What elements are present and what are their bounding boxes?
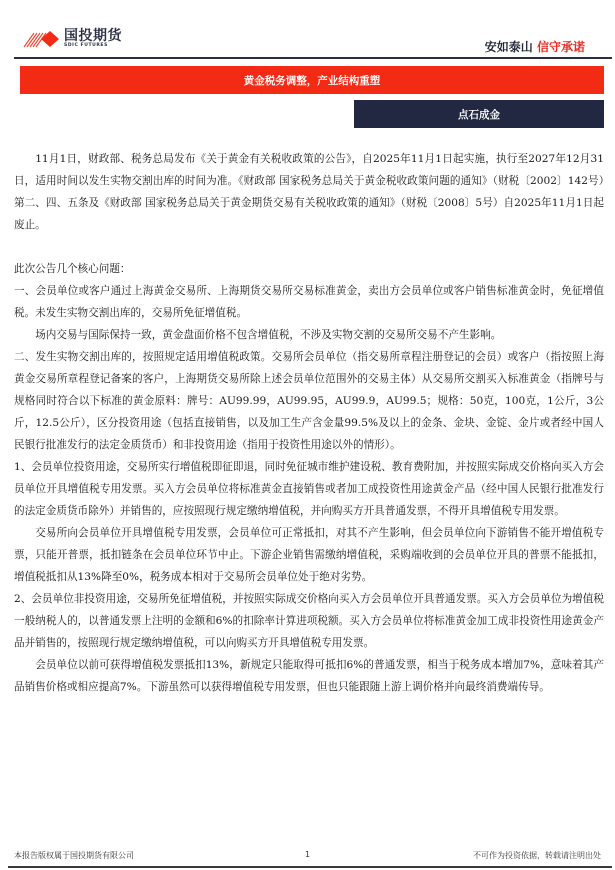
paragraph-point-one: 一、会员单位或客户通过上海黄金交易所、上海期货交易所交易标准黄金，卖出方会员单位… bbox=[14, 280, 604, 324]
paragraph-intro: 11月1日，财政部、税务总局发布《关于黄金有关税收政策的公告》，自2025年11… bbox=[14, 148, 604, 236]
footer-divider bbox=[8, 866, 612, 868]
logo: 国投期货 SDIC FUTURES bbox=[22, 29, 122, 49]
report-title: 黄金税务调整，产业结构重塑 bbox=[244, 73, 381, 88]
footer-disclaimer: 不可作为投资依据，转载请注明出处 bbox=[473, 850, 601, 861]
spacer bbox=[14, 236, 604, 258]
section-label: 点石成金 bbox=[458, 107, 500, 122]
report-title-banner: 黄金税务调整，产业结构重塑 bbox=[20, 66, 604, 94]
logo-name-en: SDIC FUTURES bbox=[64, 44, 122, 49]
logo-name-cn: 国投期货 bbox=[64, 29, 122, 43]
paragraph-non-investment-use: 2、会员单位非投资用途，交易所免征增值税，并按照实际成交价格向买入方会员单位开具… bbox=[14, 588, 604, 654]
section-label-box: 点石成金 bbox=[354, 100, 604, 128]
tagline-dark: 安如泰山 bbox=[485, 40, 533, 54]
paragraph-point-two: 二、发生实物交割出库的，按照规定适用增值税政策。交易所会员单位（指交易所章程注册… bbox=[14, 346, 604, 456]
header-divider bbox=[14, 57, 612, 59]
sdic-logo-icon bbox=[22, 30, 60, 48]
tagline-red: 信守承诺 bbox=[537, 40, 585, 54]
footer-copyright: 本报告版权属于国投期货有限公司 bbox=[14, 850, 134, 861]
footer: 本报告版权属于国投期货有限公司 1 不可作为投资依据，转载请注明出处 bbox=[14, 850, 601, 864]
paragraph-point-one-note: 场内交易与国际保持一致，黄金盘面价格不包含增值税，不涉及实物交割的交易所交易不产… bbox=[14, 324, 604, 346]
paragraph-investment-use-note: 交易所向会员单位开具增值税专用发票，会员单位可正常抵扣，对其不产生影响，但会员单… bbox=[14, 522, 604, 588]
paragraph-core-issues: 此次公告几个核心问题： bbox=[14, 258, 604, 280]
page-number: 1 bbox=[305, 850, 310, 859]
paragraph-investment-use: 1、会员单位投资用途，交易所实行增值税即征即退，同时免征城市维护建设税、教育费附… bbox=[14, 456, 604, 522]
tagline: 安如泰山 信守承诺 bbox=[485, 38, 585, 55]
paragraph-non-investment-use-note: 会员单位以前可获得增值税发票抵扣13%，新规定只能取得可抵扣6%的普通发票，相当… bbox=[14, 654, 604, 698]
report-body: 11月1日，财政部、税务总局发布《关于黄金有关税收政策的公告》，自2025年11… bbox=[14, 148, 604, 698]
